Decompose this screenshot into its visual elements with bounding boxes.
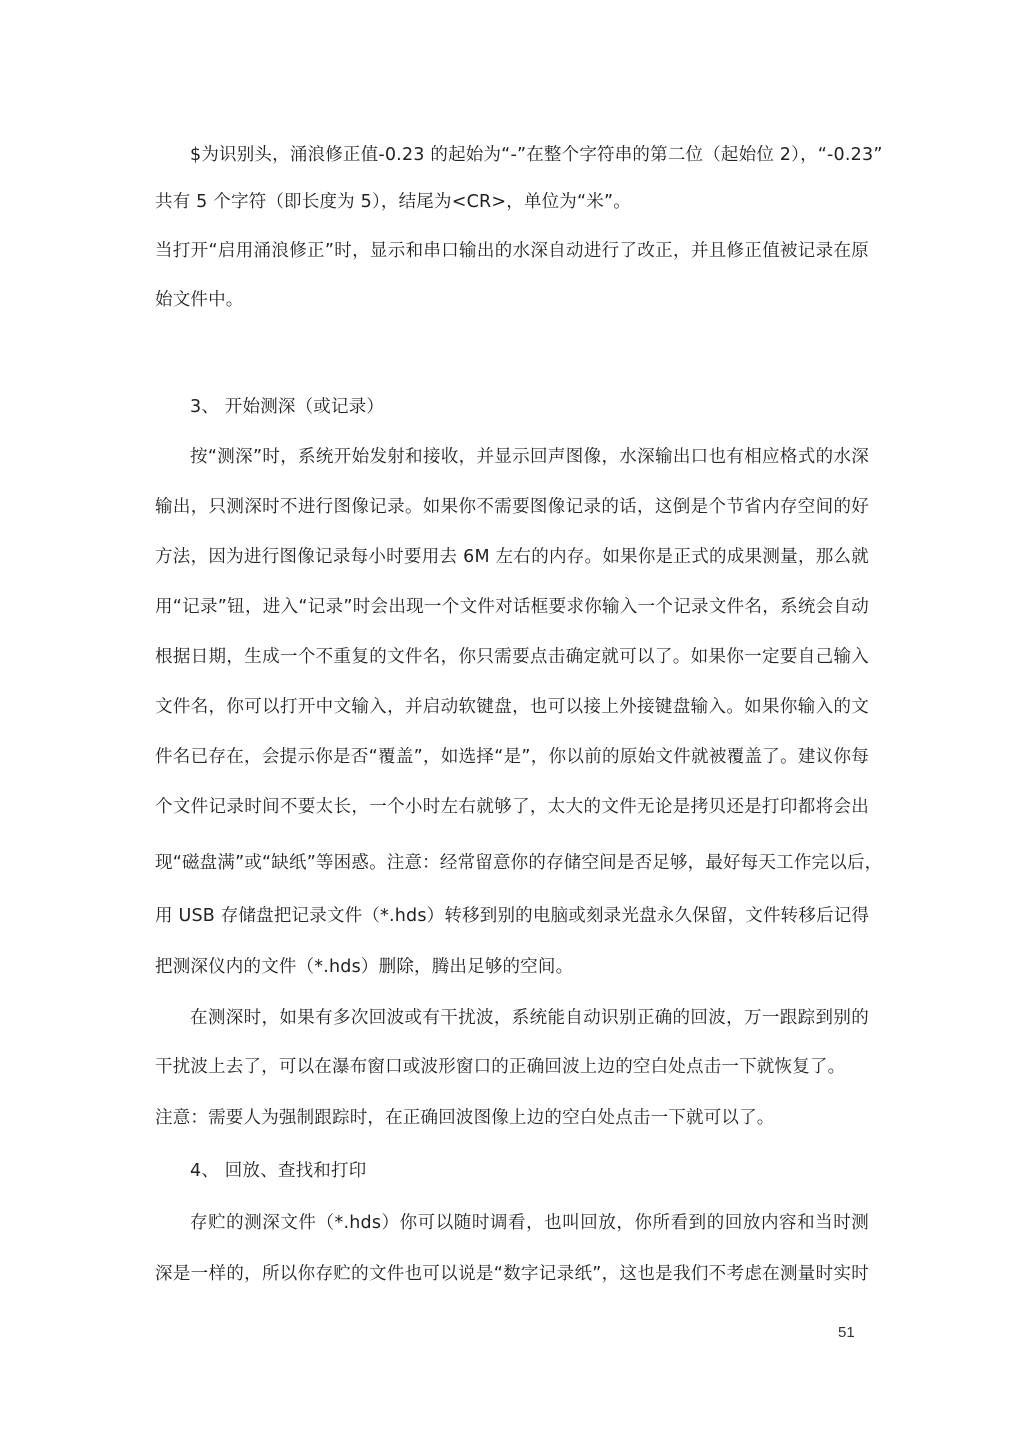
- paragraph-line: 始文件中。: [155, 289, 869, 311]
- paragraph-line: 用 USB 存储盘把记录文件（*.hds）转移到别的电脑或刻录光盘永久保留，文件…: [155, 905, 869, 927]
- paragraph-line: 件名已存在，会提示你是否“覆盖”，如选择“是”，你以前的原始文件就被覆盖了。建议…: [155, 746, 869, 768]
- paragraph-line: 现“磁盘满”或“缺纸”等困惑。注意：经常留意你的存储空间是否足够，最好每天工作完…: [155, 852, 869, 874]
- paragraph-line: 把测深仪内的文件（*.hds）删除，腾出足够的空间。: [155, 956, 869, 978]
- paragraph-line: 按“测深”时，系统开始发射和接收，并显示回声图像，水深输出口也有相应格式的水深: [190, 446, 869, 468]
- paragraph-line: 方法，因为进行图像记录每小时要用去 6M 左右的内存。如果你是正式的成果测量，那…: [155, 546, 869, 568]
- paragraph-line: 文件名，你可以打开中文输入，并启动软键盘，也可以接上外接键盘输入。如果你输入的文: [155, 696, 869, 718]
- paragraph-line: 个文件记录时间不要太长，一个小时左右就够了，太大的文件无论是拷贝还是打印都将会出: [155, 796, 869, 818]
- paragraph-line: 当打开“启用涌浪修正”时，显示和串口输出的水深自动进行了改正，并且修正值被记录在…: [155, 240, 869, 262]
- paragraph-line: $为识别头，涌浪修正值-0.23 的起始为“-”在整个字符串的第二位（起始位 2…: [190, 144, 869, 166]
- paragraph-line: 输出，只测深时不进行图像记录。如果你不需要图像记录的话，这倒是个节省内存空间的好: [155, 496, 869, 518]
- paragraph-line: 干扰波上去了，可以在瀑布窗口或波形窗口的正确回波上边的空白处点击一下就恢复了。: [155, 1056, 869, 1078]
- document-page: $为识别头，涌浪修正值-0.23 的起始为“-”在整个字符串的第二位（起始位 2…: [0, 0, 1024, 1448]
- section-heading: 4、 回放、查找和打印: [190, 1160, 904, 1182]
- paragraph-line: 用“记录”钮，进入“记录”时会出现一个文件对话框要求你输入一个记录文件名，系统会…: [155, 596, 869, 618]
- paragraph-line: 存贮的测深文件（*.hds）你可以随时调看，也叫回放，你所看到的回放内容和当时测: [190, 1212, 869, 1234]
- page-number: 51: [838, 1323, 855, 1343]
- paragraph-line: 共有 5 个字符（即长度为 5），结尾为<CR>，单位为“米”。: [155, 191, 869, 213]
- paragraph-line: 在测深时，如果有多次回波或有干扰波，系统能自动识别正确的回波，万一跟踪到别的: [190, 1007, 869, 1029]
- paragraph-line: 根据日期，生成一个不重复的文件名，你只需要点击确定就可以了。如果你一定要自己输入: [155, 646, 869, 668]
- paragraph-line: 深是一样的，所以你存贮的文件也可以说是“数字记录纸”，这也是我们不考虑在测量时实…: [155, 1263, 869, 1285]
- section-heading: 3、 开始测深（或记录）: [190, 396, 904, 418]
- paragraph-line: 注意：需要人为强制跟踪时，在正确回波图像上边的空白处点击一下就可以了。: [155, 1107, 869, 1129]
